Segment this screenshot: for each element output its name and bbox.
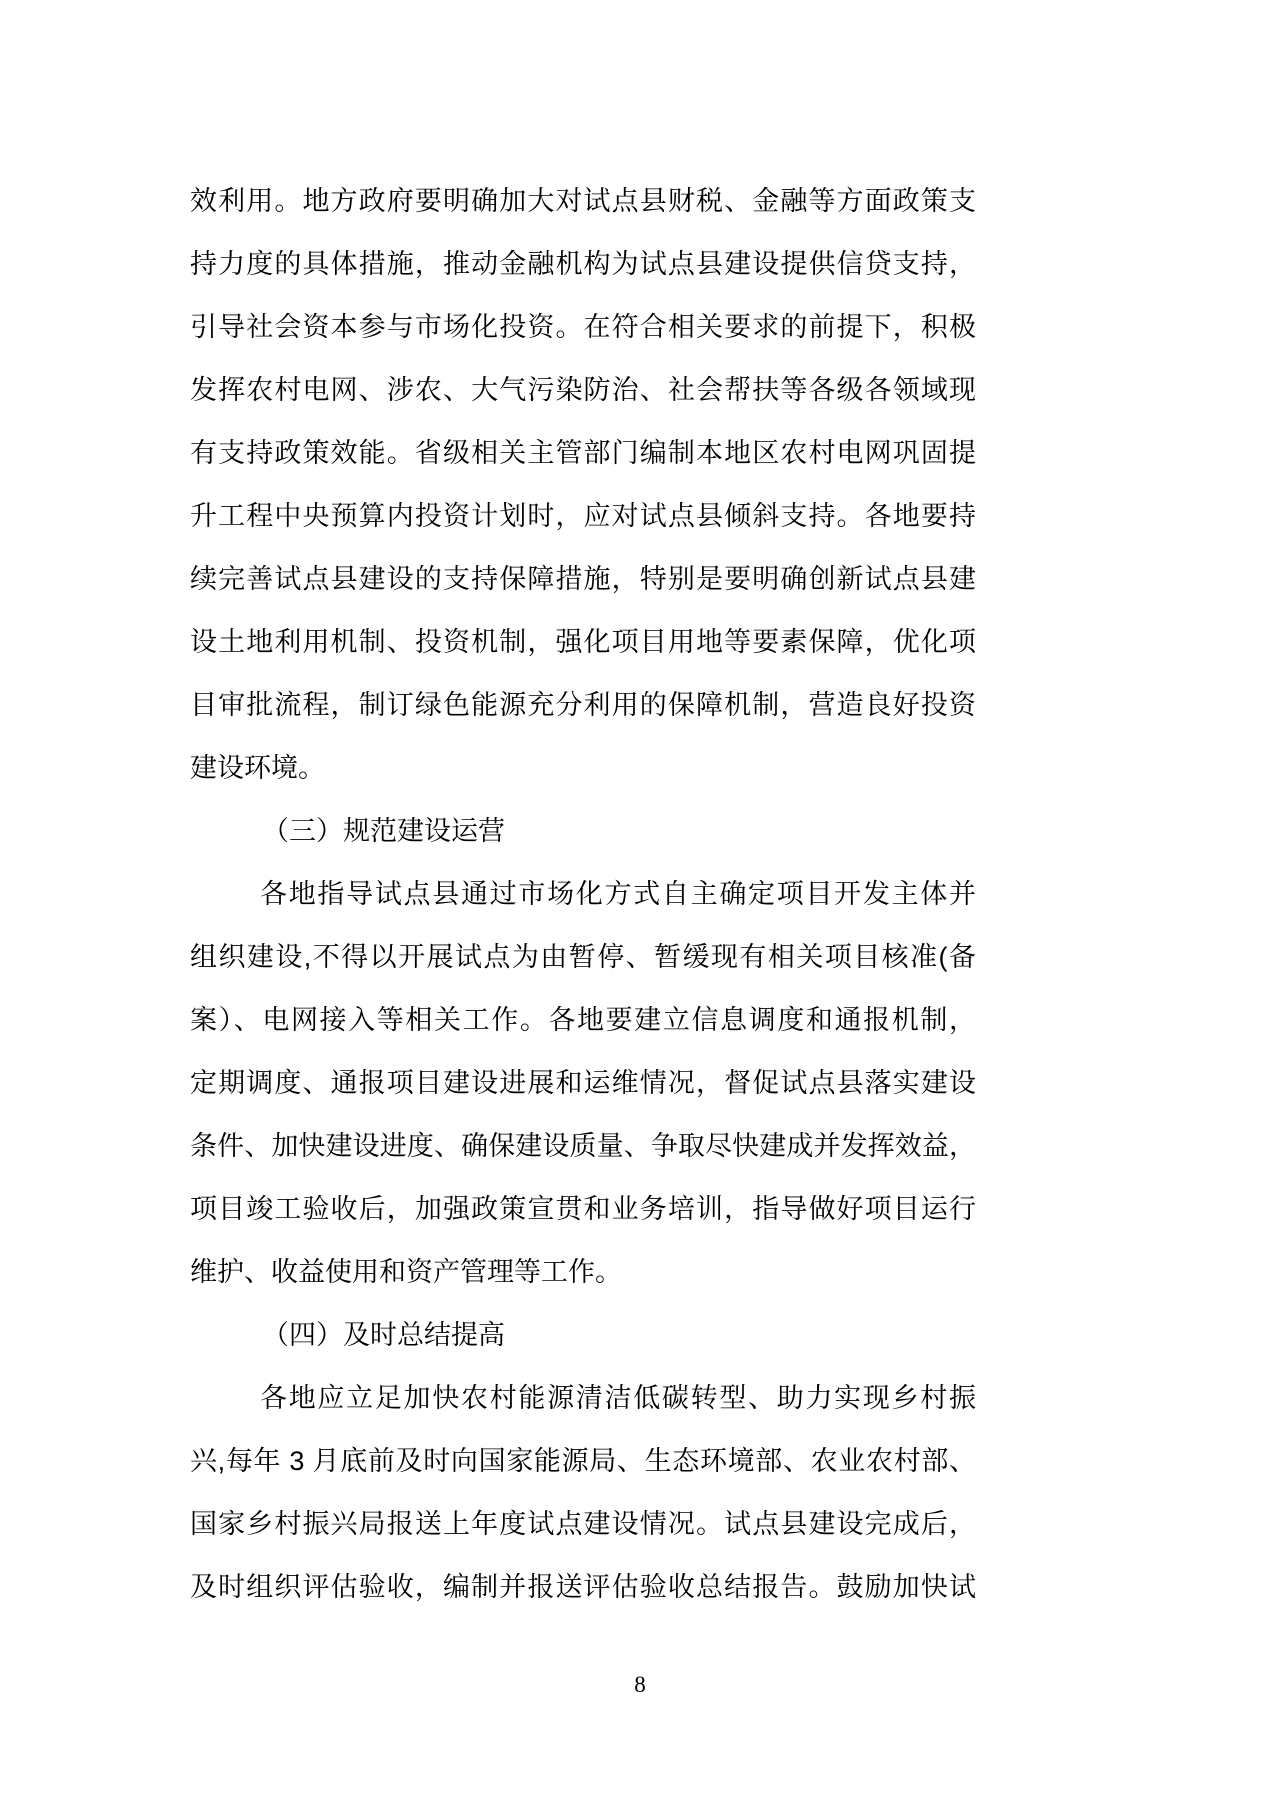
- text-line: 组织建设,不得以开展试点为由暂停、暂缓现有相关项目核准(备: [190, 926, 976, 989]
- text-line: 目审批流程，制订绿色能源充分利用的保障机制，营造良好投资: [190, 674, 976, 737]
- text-line: 续完善试点县建设的支持保障措施，特别是要明确创新试点县建: [190, 548, 976, 611]
- text-line: 项目竣工验收后，加强政策宣贯和业务培训，指导做好项目运行: [190, 1178, 976, 1241]
- text-line: 案）、电网接入等相关工作。各地要建立信息调度和通报机制，: [190, 989, 976, 1052]
- text-line: 及时组织评估验收，编制并报送评估验收总结报告。鼓励加快试: [190, 1556, 976, 1619]
- text-line: 设土地利用机制、投资机制，强化项目用地等要素保障，优化项: [190, 611, 976, 674]
- text-line: 效利用。地方政府要明确加大对试点县财税、金融等方面政策支: [190, 170, 976, 233]
- page-number: 8: [634, 1672, 646, 1697]
- text-line: 升工程中央预算内投资计划时，应对试点县倾斜支持。各地要持: [190, 485, 976, 548]
- text-line: 兴,每年 3 月底前及时向国家能源局、生态环境部、农业农村部、: [190, 1430, 976, 1493]
- document-page: 效利用。地方政府要明确加大对试点县财税、金融等方面政策支持力度的具体措施，推动金…: [0, 0, 1280, 1810]
- text-line: 发挥农村电网、涉农、大气污染防治、社会帮扶等各级各领域现: [190, 359, 976, 422]
- text-line: 条件、加快建设进度、确保建设质量、争取尽快建成并发挥效益，: [190, 1115, 976, 1178]
- text-line: 有支持政策效能。省级相关主管部门编制本地区农村电网巩固提: [190, 422, 976, 485]
- text-line: 引导社会资本参与市场化投资。在符合相关要求的前提下，积极: [190, 296, 976, 359]
- text-line: 各地应立足加快农村能源清洁低碳转型、助力实现乡村振: [190, 1367, 976, 1430]
- section-heading: （四）及时总结提高: [190, 1304, 976, 1367]
- document-body: 效利用。地方政府要明确加大对试点县财税、金融等方面政策支持力度的具体措施，推动金…: [190, 170, 976, 1619]
- text-line: 定期调度、通报项目建设进展和运维情况，督促试点县落实建设: [190, 1052, 976, 1115]
- text-line: 各地指导试点县通过市场化方式自主确定项目开发主体并: [190, 863, 976, 926]
- text-line: 维护、收益使用和资产管理等工作。: [190, 1241, 976, 1304]
- text-line: 国家乡村振兴局报送上年度试点建设情况。试点县建设完成后，: [190, 1493, 976, 1556]
- page-footer: 8: [0, 1668, 1280, 1702]
- text-line: 建设环境。: [190, 737, 976, 800]
- text-line: 持力度的具体措施，推动金融机构为试点县建设提供信贷支持，: [190, 233, 976, 296]
- section-heading: （三）规范建设运营: [190, 800, 976, 863]
